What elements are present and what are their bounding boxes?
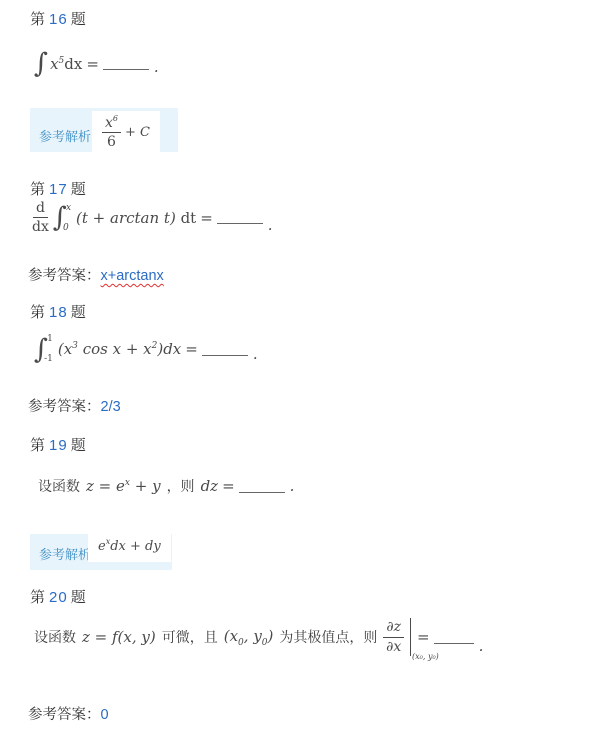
formula-term: , y xyxy=(244,627,262,645)
formula-period: . xyxy=(154,58,159,76)
answer-label: 参考答案： xyxy=(28,707,101,723)
fraction-denominator: ∂x xyxy=(386,638,401,655)
question-18-formula: ∫ 1-1 (x3 cos x + x2)dx = . xyxy=(34,334,258,364)
formula-term: ) xyxy=(268,627,274,645)
integral-upper-limit: x xyxy=(66,203,71,213)
question-title-prefix: 第 xyxy=(30,589,46,606)
formula-chinese-text: 可微，且 xyxy=(162,627,218,647)
question-title-prefix: 第 xyxy=(30,437,46,454)
question-20-formula: 设函数 z = f(x, y) 可微，且 (x0, y0) 为其极值点，则 ∂z… xyxy=(32,618,483,656)
answer-line-q20: 参考答案：0 xyxy=(28,703,109,724)
question-title-prefix: 第 xyxy=(30,181,46,198)
fraction: x6 6 xyxy=(102,114,121,150)
formula-chinese-text: 设函数 xyxy=(38,476,80,496)
answer-blank xyxy=(103,57,149,70)
question-title-prefix: 第 xyxy=(30,304,46,321)
formula-period: . xyxy=(253,345,258,363)
answer-label: 参考答案： xyxy=(28,399,101,415)
formula-term: z = e xyxy=(86,477,125,495)
equals-sign: = xyxy=(185,340,198,358)
formula-differential: dt xyxy=(181,209,197,227)
formula-term: e xyxy=(98,539,106,554)
formula-term: dz xyxy=(201,477,219,495)
formula-term: (x xyxy=(58,340,72,358)
formula-term: )dx xyxy=(157,340,181,358)
formula-period: . xyxy=(290,477,295,495)
integral-with-limits: ∫ x0 xyxy=(53,203,72,233)
fraction-denominator: dx xyxy=(32,218,49,235)
formula-term: x xyxy=(50,55,58,73)
question-number: 20 xyxy=(46,589,71,606)
formula-chinese-text: 为其极值点，则 xyxy=(279,627,377,647)
answer-blank xyxy=(434,631,474,644)
evaluation-point-subscript: (x₀, y₀) xyxy=(412,652,439,661)
question-16-title: 第16题 xyxy=(30,8,87,29)
derivative-fraction: d dx xyxy=(32,200,49,235)
formula-exponent: x xyxy=(125,478,130,488)
answer-line-q18: 参考答案：2/3 xyxy=(28,395,121,416)
answer-blank xyxy=(217,211,263,224)
analysis-formula-tail: + C xyxy=(125,125,150,140)
question-20-title: 第20题 xyxy=(30,586,87,607)
question-17-formula: d dx ∫ x0 (t + arctan t) dt = . xyxy=(32,200,273,235)
integral-sign: ∫ xyxy=(34,50,48,77)
question-title-prefix: 第 xyxy=(30,11,46,28)
formula-term: (x xyxy=(224,627,238,645)
answer-blank xyxy=(239,480,285,493)
formula-term: cos x + x xyxy=(83,340,152,358)
formula-differential: dx xyxy=(64,55,82,73)
fraction-numerator: x xyxy=(105,115,113,131)
question-title-suffix: 题 xyxy=(71,181,87,198)
analysis-formula-q16: x6 6 + C xyxy=(92,111,160,153)
question-17-title: 第17题 xyxy=(30,178,87,199)
exam-page: 第16题 ∫x5dx = . 参考解析： x6 6 + C 第17题 d dx … xyxy=(0,0,598,734)
question-title-suffix: 题 xyxy=(71,589,87,606)
fraction-numerator: ∂z xyxy=(383,619,404,637)
question-16-formula: ∫x5dx = . xyxy=(34,50,159,77)
analysis-formula-tail: dx + dy xyxy=(110,539,160,554)
answer-value: 2/3 xyxy=(101,399,121,415)
fraction-denominator: 6 xyxy=(107,133,116,150)
question-number: 18 xyxy=(46,304,71,321)
question-number: 17 xyxy=(46,181,71,198)
equals-sign: = xyxy=(222,477,235,495)
question-number: 16 xyxy=(46,11,71,28)
answer-label: 参考答案： xyxy=(28,268,101,284)
formula-exponent: 3 xyxy=(72,341,78,351)
formula-term: z = f(x, y) xyxy=(82,628,156,646)
integral-lower-limit: -1 xyxy=(44,354,53,364)
analysis-formula-q19: exdx + dy xyxy=(88,528,171,562)
equals-sign: = xyxy=(200,209,213,227)
formula-term: + y xyxy=(135,477,161,495)
answer-blank xyxy=(202,343,248,356)
question-19-title: 第19题 xyxy=(30,434,87,455)
integral-upper-limit: 1 xyxy=(47,334,53,344)
formula-period: . xyxy=(479,637,484,655)
question-title-suffix: 题 xyxy=(71,11,87,28)
answer-line-q17: 参考答案：x+arctanx xyxy=(28,264,164,285)
formula-body: (t + arctan t) xyxy=(76,209,176,227)
question-title-suffix: 题 xyxy=(71,304,87,321)
question-number: 19 xyxy=(46,437,71,454)
answer-value: 0 xyxy=(101,707,109,723)
question-19-formula: 设函数 z = ex + y ，则 dz = . xyxy=(36,476,294,496)
question-18-title: 第18题 xyxy=(30,301,87,322)
analysis-box-q16: 参考解析： x6 6 + C xyxy=(30,108,178,152)
fraction-numerator-exponent: 6 xyxy=(113,114,118,123)
equals-sign: = xyxy=(86,55,99,73)
question-title-suffix: 题 xyxy=(71,437,87,454)
evaluation-bar: (x₀, y₀) xyxy=(410,618,411,656)
answer-value: x+arctanx xyxy=(101,268,164,284)
integral-with-limits: ∫ 1-1 xyxy=(34,334,54,364)
fraction-numerator: d xyxy=(33,200,48,218)
analysis-box-q19: 参考解析： exdx + dy xyxy=(30,534,172,570)
formula-chinese-text: 设函数 xyxy=(34,627,76,647)
integral-lower-limit: 0 xyxy=(63,223,71,233)
partial-derivative-fraction: ∂z ∂x xyxy=(383,619,404,654)
formula-period: . xyxy=(268,216,273,234)
formula-chinese-text: ，则 xyxy=(167,476,195,496)
